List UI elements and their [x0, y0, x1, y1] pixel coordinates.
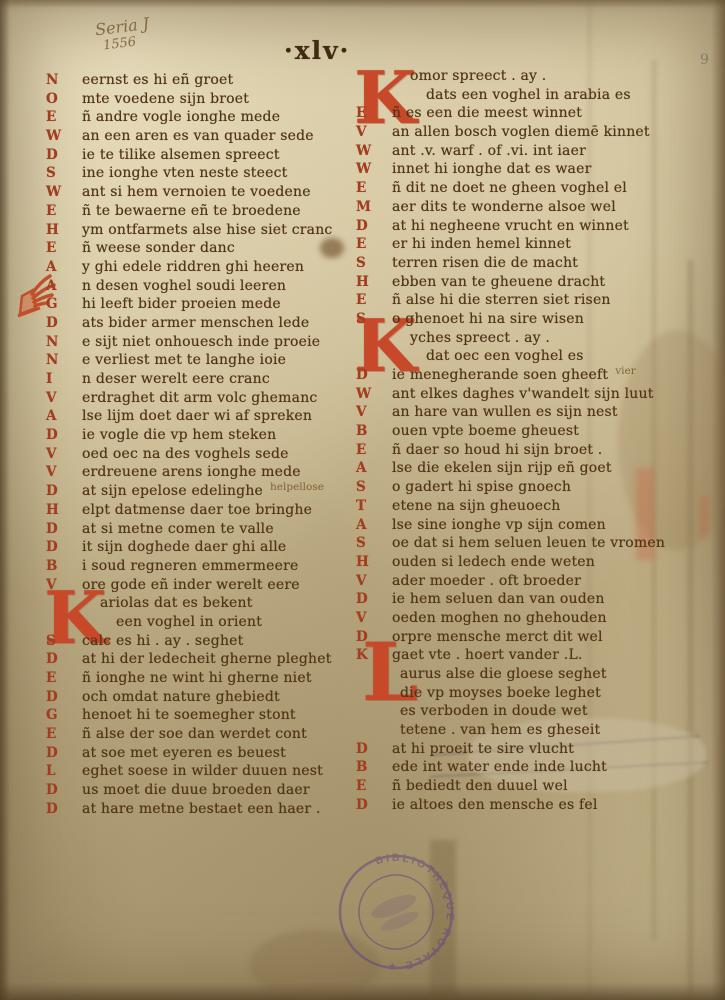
line-initial: V	[46, 577, 82, 593]
verse-line: G henoet hi te soemegher stont	[46, 707, 352, 726]
verse-text: ede int water ende inde lucht	[392, 759, 607, 775]
line-initial: E	[356, 105, 392, 121]
verse-text: innet hi ionghe dat es waer	[392, 161, 591, 177]
line-initial: E	[356, 236, 392, 252]
line-initial: W	[46, 184, 82, 200]
line-initial: H	[356, 554, 392, 570]
verse-text: o ghenoet hi na sire wisen	[392, 311, 584, 327]
verse-line: dats een voghel in arabia es	[356, 87, 692, 106]
verse-line: omor spreect . ay .	[356, 68, 692, 87]
verse-text: an allen bosch voglen diemē kinnet	[392, 124, 650, 140]
verse-list: omor spreect . ay . dats een voghel in a…	[356, 68, 692, 816]
verse-text: es verboden in doude wet	[400, 703, 588, 719]
verse-line: E ñ te bewaerne eñ te broedene	[46, 203, 352, 222]
verse-text: och omdat nature ghebiedt	[82, 689, 280, 705]
verse-text: ñ alse hi die sterren siet risen	[392, 292, 611, 308]
verse-text: ine ionghe vten neste steect	[82, 165, 287, 181]
verse-text: oeden moghen no ghehouden	[392, 610, 607, 626]
verse-text: een voghel in orient	[116, 614, 262, 630]
line-initial: V	[46, 390, 82, 406]
verse-text: ebben van te gheuene dracht	[392, 274, 605, 290]
verse-line: D at hi negheene vrucht en winnet	[356, 218, 692, 237]
verse-line: S o gadert hi spise gnoech	[356, 479, 692, 498]
verse-text: er hi inden hemel kinnet	[392, 236, 571, 252]
verse-text: lse sine ionghe vp sijn comen	[392, 517, 606, 533]
line-initial: H	[46, 222, 82, 238]
verse-text: an een aren es van quader sede	[82, 128, 314, 144]
verse-line: N e sijt niet onhouesch inde proeie	[46, 334, 352, 353]
verse-line: A lse die ekelen sijn rijp eñ goet	[356, 460, 692, 479]
verse-line: een voghel in orient	[46, 614, 352, 633]
verse-line: S calc es hi . ay . seghet	[46, 633, 352, 652]
verse-line: L eghet soese in wilder duuen nest	[46, 763, 352, 782]
verse-line: dat oec een voghel es	[356, 348, 692, 367]
line-initial: E	[356, 778, 392, 794]
verse-list: N eernst es hi eñ groet O mte voedene si…	[46, 72, 352, 820]
line-initial: D	[46, 427, 82, 443]
line-initial: V	[46, 446, 82, 462]
verse-text: elpt datmense daer toe bringhe	[82, 502, 312, 518]
line-initial: N	[46, 334, 82, 350]
verse-line: es verboden in doude wet	[356, 703, 692, 722]
line-initial: V	[46, 464, 82, 480]
verse-line: V ader moeder . oft broeder	[356, 573, 692, 592]
line-initial: D	[46, 651, 82, 667]
verse-line: ariolas dat es bekent	[46, 595, 352, 614]
verse-text: ñ weese sonder danc	[82, 240, 235, 256]
verse-text: o gadert hi spise gnoech	[392, 479, 571, 495]
verse-text: dats een voghel in arabia es	[426, 87, 631, 103]
verse-text: tetene . van hem es gheseit	[400, 722, 600, 738]
verse-line: die vp moyses boeke leghet	[356, 685, 692, 704]
verse-line: E ñ ionghe ne wint hi gherne niet	[46, 670, 352, 689]
verse-line: B ouen vpte boeme gheuest	[356, 423, 692, 442]
verse-text: ñ andre vogle ionghe mede	[82, 109, 280, 125]
line-initial: B	[356, 759, 392, 775]
line-initial: I	[46, 371, 82, 387]
verse-line: D at hi proeit te sire vlucht	[356, 741, 692, 760]
verse-text: ñ dit ne doet ne gheen voghel el	[392, 180, 627, 196]
verse-line: N e verliest met te langhe ioie	[46, 352, 352, 371]
line-initial: A	[46, 278, 82, 294]
verse-text: die vp moyses boeke leghet	[400, 685, 601, 701]
verse-text: e sijt niet onhouesch inde proeie	[82, 334, 320, 350]
verse-line: D us moet die duue broeden daer	[46, 782, 352, 801]
verse-text: omor spreect . ay .	[410, 68, 546, 84]
line-initial: S	[46, 165, 82, 181]
verse-line: T etene na sijn gheuoech	[356, 498, 692, 517]
parchment-edge-left	[0, 0, 10, 1000]
verse-text: ñ ionghe ne wint hi gherne niet	[82, 670, 312, 686]
verse-line: aurus alse die gloese seghet	[356, 666, 692, 685]
verse-line: D it sijn doghede daer ghi alle	[46, 539, 352, 558]
line-initial: B	[356, 423, 392, 439]
verse-line: H ym ontfarmets alse hise siet cranc	[46, 222, 352, 241]
line-initial: E	[356, 180, 392, 196]
verse-line: H ebben van te gheuene dracht	[356, 274, 692, 293]
verse-text: oe dat si hem seluen leuen te vromen	[392, 535, 665, 551]
verse-line: D at sijn epelose edelinghe helpellose	[46, 483, 352, 502]
line-initial: E	[356, 292, 392, 308]
line-initial: D	[356, 367, 392, 383]
verse-text: ore gode eñ inder werelt eere	[82, 577, 300, 593]
interlinear-gloss: helpellose	[270, 481, 324, 493]
line-initial: H	[46, 502, 82, 518]
line-initial: V	[356, 404, 392, 420]
verse-text: at si metne comen te valle	[82, 521, 274, 537]
verse-line: K gaet vte . hoert vander .L.	[356, 647, 692, 666]
line-initial: A	[46, 259, 82, 275]
line-initial: D	[46, 483, 82, 499]
verse-line: S o ghenoet hi na sire wisen	[356, 311, 692, 330]
verse-text: eghet soese in wilder duuen nest	[82, 763, 323, 779]
verse-line: B i soud regneren emmermeere	[46, 558, 352, 577]
verse-text: ñ bediedt den duuel wel	[392, 778, 568, 794]
line-initial: D	[46, 539, 82, 555]
verse-text: henoet hi te soemegher stont	[82, 707, 296, 723]
verse-line: V ore gode eñ inder werelt eere	[46, 577, 352, 596]
line-initial: E	[46, 670, 82, 686]
verse-line: W ant .v. warf . of .vi. int iaer	[356, 143, 692, 162]
verse-text: lse lijm doet daer wi af spreken	[82, 408, 312, 424]
line-initial: A	[356, 460, 392, 476]
verse-line: A n desen voghel soudi leeren	[46, 278, 352, 297]
verse-text: ñ daer so houd hi sijn broet .	[392, 442, 602, 458]
verse-text: erdreuene arens ionghe mede	[82, 464, 301, 480]
verse-text: at hi proeit te sire vlucht	[392, 741, 574, 757]
verse-line: D at hare metne bestaet een haer .	[46, 801, 352, 820]
line-initial: E	[46, 240, 82, 256]
line-initial: D	[356, 629, 392, 645]
text-column-left: K N eernst es hi eñ groet O mte voedene …	[46, 72, 352, 820]
verse-text: ie menegherande soen gheeft	[392, 367, 608, 383]
verse-line: V an hare van wullen es sijn nest	[356, 404, 692, 423]
verse-line: yches spreect . ay .	[356, 330, 692, 349]
verse-text: hi leeft bider proeien mede	[82, 296, 281, 312]
verse-line: V oeden moghen no ghehouden	[356, 610, 692, 629]
line-initial: H	[356, 274, 392, 290]
verse-line: G hi leeft bider proeien mede	[46, 296, 352, 315]
parchment-edge-right	[711, 0, 725, 1000]
verse-line: D ie altoes den mensche es fel	[356, 797, 692, 816]
verse-text: ie altoes den mensche es fel	[392, 797, 598, 813]
verse-text: e verliest met te langhe ioie	[82, 352, 286, 368]
verse-line: D at hi der ledecheit gherne pleghet	[46, 651, 352, 670]
verse-text: i soud regneren emmermeere	[82, 558, 299, 574]
verse-text: at soe met eyeren es beuest	[82, 745, 286, 761]
verse-text: ie vogle die vp hem steken	[82, 427, 276, 443]
verse-line: W an een aren es van quader sede	[46, 128, 352, 147]
line-initial: V	[356, 573, 392, 589]
verse-text: at hi negheene vrucht en winnet	[392, 218, 629, 234]
verse-text: n desen voghel soudi leeren	[82, 278, 286, 294]
verse-line: W ant si hem vernoien te voedene	[46, 184, 352, 203]
line-initial: D	[356, 218, 392, 234]
verse-line: E ñ weese sonder danc	[46, 240, 352, 259]
line-initial: V	[356, 610, 392, 626]
verse-text: aurus alse die gloese seghet	[400, 666, 607, 682]
verse-line: E ñ dit ne doet ne gheen voghel el	[356, 180, 692, 199]
verse-line: D ie vogle die vp hem steken	[46, 427, 352, 446]
verse-text: it sijn doghede daer ghi alle	[82, 539, 286, 555]
verse-text: lse die ekelen sijn rijp eñ goet	[392, 460, 612, 476]
line-initial: T	[356, 498, 392, 514]
line-initial: V	[356, 124, 392, 140]
verse-text: mte voedene sijn broet	[82, 91, 249, 107]
verse-line: D ats bider armer menschen lede	[46, 315, 352, 334]
line-initial: A	[46, 408, 82, 424]
line-initial: S	[356, 535, 392, 551]
line-initial: D	[356, 797, 392, 813]
verse-line: I n deser werelt eere cranc	[46, 371, 352, 390]
verse-line: W innet hi ionghe dat es waer	[356, 161, 692, 180]
verse-line: E ñ daer so houd hi sijn broet .	[356, 442, 692, 461]
verse-line: N eernst es hi eñ groet	[46, 72, 352, 91]
line-initial: N	[46, 72, 82, 88]
verse-text: yches spreect . ay .	[410, 330, 550, 346]
verse-line: E ñ alse hi die sterren siet risen	[356, 292, 692, 311]
verse-line: A lse sine ionghe vp sijn comen	[356, 517, 692, 536]
verse-line: E ñ andre vogle ionghe mede	[46, 109, 352, 128]
verse-text: calc es hi . ay . seghet	[82, 633, 244, 649]
line-initial: W	[356, 161, 392, 177]
verse-text: ñ alse der soe dan werdet cont	[82, 726, 307, 742]
folio-number: 9	[700, 52, 709, 68]
verse-text: at sijn epelose edelinghe	[82, 483, 263, 499]
line-initial: D	[46, 521, 82, 537]
line-initial: D	[46, 745, 82, 761]
verse-text: n deser werelt eere cranc	[82, 371, 270, 387]
verse-line: H elpt datmense daer toe bringhe	[46, 502, 352, 521]
verse-line: D ie hem seluen dan van ouden	[356, 591, 692, 610]
verse-line: D at soe met eyeren es beuest	[46, 745, 352, 764]
verse-text: ouen vpte boeme gheuest	[392, 423, 579, 439]
verse-line: M aer dits te wonderne alsoe wel	[356, 199, 692, 218]
verse-text: ant si hem vernoien te voedene	[82, 184, 311, 200]
verse-text: ats bider armer menschen lede	[82, 315, 309, 331]
verse-line: S terren risen die de macht	[356, 255, 692, 274]
line-initial: L	[46, 763, 82, 779]
verse-line: D ie menegherande soen gheeft vier	[356, 367, 692, 386]
verse-line: V erdraghet dit arm volc ghemanc	[46, 390, 352, 409]
verse-text: etene na sijn gheuoech	[392, 498, 560, 514]
line-initial: S	[356, 479, 392, 495]
line-initial: D	[46, 689, 82, 705]
verse-line: tetene . van hem es gheseit	[356, 722, 692, 741]
verse-text: eernst es hi eñ groet	[82, 72, 233, 88]
text-column-right: K K L omor spreect . ay . dats een voghe…	[356, 68, 692, 816]
line-initial: S	[356, 311, 392, 327]
verse-text: us moet die duue broeden daer	[82, 782, 310, 798]
line-initial: K	[356, 647, 392, 663]
verse-text: gaet vte . hoert vander .L.	[392, 647, 583, 663]
verse-line: B ede int water ende inde lucht	[356, 759, 692, 778]
verse-line: H ouden si ledech ende weten	[356, 554, 692, 573]
line-initial: W	[46, 128, 82, 144]
verse-text: ie te tilike alsemen spreect	[82, 147, 280, 163]
verse-text: ader moeder . oft broeder	[392, 573, 581, 589]
verse-text: ym ontfarmets alse hise siet cranc	[82, 222, 332, 238]
interlinear-gloss: vier	[615, 365, 636, 377]
verse-line: S oe dat si hem seluen leuen te vromen	[356, 535, 692, 554]
verse-text: dat oec een voghel es	[426, 348, 584, 364]
line-initial: B	[46, 558, 82, 574]
verse-line: V an allen bosch voglen diemē kinnet	[356, 124, 692, 143]
verse-text: y ghi edele riddren ghi heeren	[82, 259, 304, 275]
library-stamp: BIBLIOTHÈQUE ROYALE ✶	[310, 826, 482, 998]
verse-line: A y ghi edele riddren ghi heeren	[46, 259, 352, 278]
verse-line: D ie te tilike alsemen spreect	[46, 147, 352, 166]
line-initial: D	[356, 741, 392, 757]
verse-text: ñ es een die meest winnet	[392, 105, 582, 121]
line-initial: S	[356, 255, 392, 271]
verse-text: ie hem seluen dan van ouden	[392, 591, 605, 607]
line-initial: D	[46, 801, 82, 817]
verse-line: E ñ bediedt den duuel wel	[356, 778, 692, 797]
verse-text: orpre mensche merct dit wel	[392, 629, 603, 645]
line-initial: E	[356, 442, 392, 458]
verse-line: D at si metne comen te valle	[46, 521, 352, 540]
verse-line: E ñ alse der soe dan werdet cont	[46, 726, 352, 745]
line-initial: W	[356, 386, 392, 402]
verse-line: S ine ionghe vten neste steect	[46, 165, 352, 184]
verse-text: ariolas dat es bekent	[100, 595, 253, 611]
verse-text: ouden si ledech ende weten	[392, 554, 595, 570]
parchment-edge-top	[0, 0, 725, 8]
line-initial: A	[356, 517, 392, 533]
verse-text: ant elkes daghes v'wandelt sijn luut	[392, 386, 654, 402]
line-initial: N	[46, 352, 82, 368]
line-initial: W	[356, 143, 392, 159]
verse-text: oed oec na des voghels sede	[82, 446, 289, 462]
archivist-note: Seria J 1556	[94, 15, 152, 55]
line-initial: D	[46, 147, 82, 163]
verse-line: E ñ es een die meest winnet	[356, 105, 692, 124]
verse-text: at hi der ledecheit gherne pleghet	[82, 651, 332, 667]
line-initial: D	[46, 315, 82, 331]
verse-text: at hare metne bestaet een haer .	[82, 801, 321, 817]
line-initial: G	[46, 707, 82, 723]
line-initial: E	[46, 203, 82, 219]
line-initial: M	[356, 199, 392, 215]
verse-line: W ant elkes daghes v'wandelt sijn luut	[356, 386, 692, 405]
red-offset-ghost	[700, 496, 708, 536]
verse-line: E er hi inden hemel kinnet	[356, 236, 692, 255]
verse-text: aer dits te wonderne alsoe wel	[392, 199, 616, 215]
verse-text: an hare van wullen es sijn nest	[392, 404, 618, 420]
line-initial: O	[46, 91, 82, 107]
verse-line: D orpre mensche merct dit wel	[356, 629, 692, 648]
verse-line: D och omdat nature ghebiedt	[46, 689, 352, 708]
line-initial: E	[46, 726, 82, 742]
verse-text: erdraghet dit arm volc ghemanc	[82, 390, 317, 406]
line-initial: D	[46, 782, 82, 798]
chapter-numeral-heading: ·xlv·	[284, 36, 350, 65]
verse-line: O mte voedene sijn broet	[46, 91, 352, 110]
line-initial: D	[356, 591, 392, 607]
verse-text: terren risen die de macht	[392, 255, 578, 271]
line-initial: S	[46, 633, 82, 649]
verse-text: ñ te bewaerne eñ te broedene	[82, 203, 301, 219]
line-initial: E	[46, 109, 82, 125]
line-initial: G	[46, 296, 82, 312]
verse-text: ant .v. warf . of .vi. int iaer	[392, 143, 586, 159]
verse-line: V oed oec na des voghels sede	[46, 446, 352, 465]
verse-line: A lse lijm doet daer wi af spreken	[46, 408, 352, 427]
manuscript-page: Seria J 1556 ·xlv· 9 K N eernst es hi eñ…	[0, 0, 725, 1000]
